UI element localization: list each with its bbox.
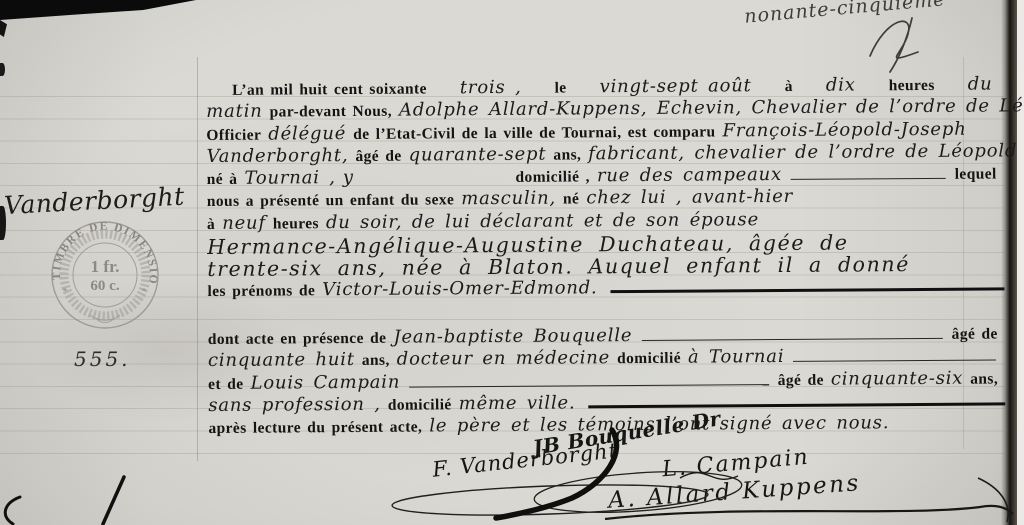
handwritten-text: Victor-Louis-Omer-Edmond. [322,277,597,300]
act-number: 555. [74,347,131,371]
printed-text: Officier [206,126,261,144]
signature-flourishes-icon [380,420,1020,525]
printed-text: ans, [553,146,581,164]
handwritten-text: cinquante-six [831,367,964,389]
fill-rule [611,287,1005,293]
handwritten-text: cinquante huit [208,349,355,371]
printed-text: domicilié [388,396,452,414]
printed-text: né [563,191,579,209]
edge-tear-mark [0,63,5,76]
fill-line [791,178,946,180]
handwritten-text: Tournai , [244,167,336,189]
printed-text: ans, [362,352,390,370]
printed-text: domicilié [617,350,681,368]
handwritten-text: chez lui , avant-hier [586,186,793,208]
handwritten-text: Louis Campain [250,371,400,393]
handwritten-text: à Tournai [688,346,785,368]
handwritten-text: Vanderborght, [206,145,348,167]
handwritten-text: même ville. [459,392,576,414]
handwritten-text: du soir, de lui déclarant et de son épou… [326,209,759,233]
fill-line [409,384,768,388]
printed-text: et de [208,375,244,393]
civil-register-scan: nonante-cinquième Vanderborght TIMBRE DE… [0,0,1024,525]
stamp-value-bottom: 60 c. [90,278,119,294]
handwritten-text: y [343,167,354,188]
printed-text: par-devant Nous, [270,103,392,122]
printed-text: de l’Etat-Civil de la ville de Tournai, … [353,123,715,144]
handwritten-text: dix [800,74,856,95]
printed-text: âgé de [778,371,824,389]
clerk-paraph-icon [842,12,972,74]
handwritten-text: François-Léopold-Joseph [722,118,966,141]
printed-text: âgé de [952,325,998,343]
act-body: L’an mil huit cent soixantetrois ,leving… [206,73,1005,439]
printed-text: nous a présenté un enfant du sexe [207,192,455,212]
printed-text: âgé de [355,148,401,166]
printed-text: lequel [955,166,997,184]
stamp-value-top: 1 fr. [91,257,120,276]
handwritten-text: matin [206,101,263,122]
fill-rule [588,402,1005,408]
svg-text:❧: ❧ [141,286,147,294]
handwritten-text: neuf [222,212,266,233]
printed-text: né à [207,171,238,189]
printed-text: à [207,216,215,234]
handwritten-text: masculin, [461,188,556,210]
handwritten-text: Jean-baptiste Bouquelle [393,325,632,348]
handwritten-text: sans profession , [208,394,381,416]
printed-text: les prénoms de [207,282,315,301]
handwritten-text: Adolphe Allard-Kuppens, Echevin, Chevali… [399,95,1024,121]
handwritten-text: du [942,74,993,95]
handwritten-text: trois , [434,77,522,99]
dimension-stamp-icon: TIMBRE DE DIMENSION 1 fr. 60 c. ❧ ❧ [48,218,162,332]
margin-paraph-icon [0,470,140,525]
svg-text:❧: ❧ [62,286,68,294]
printed-text: ans, [970,370,998,388]
handwritten-text: délégué [268,123,346,145]
printed-text: heures [863,77,935,96]
handwritten-text: docteur en médecine [397,347,611,369]
handwritten-text: quarante-sept [409,144,547,166]
fill-line [793,360,996,362]
printed-text: à [759,78,793,96]
printed-text: dont acte en présence de [208,330,387,349]
printed-text: domicilié , [515,169,590,188]
handwritten-text: rue des campeaux [597,164,782,186]
printed-text: L’an mil huit cent soixante [206,80,427,100]
printed-text: heures [273,215,319,233]
handwritten-text: vingt-sept août [573,75,751,97]
fill-line [641,338,942,341]
act-line: trente-six ans, née à Blaton. Auquel enf… [207,252,1004,280]
handwritten-text: fabricant, chevalier de l’ordre de Léopo… [588,140,1017,164]
spacer [361,182,516,183]
printed-text: le [529,79,567,97]
